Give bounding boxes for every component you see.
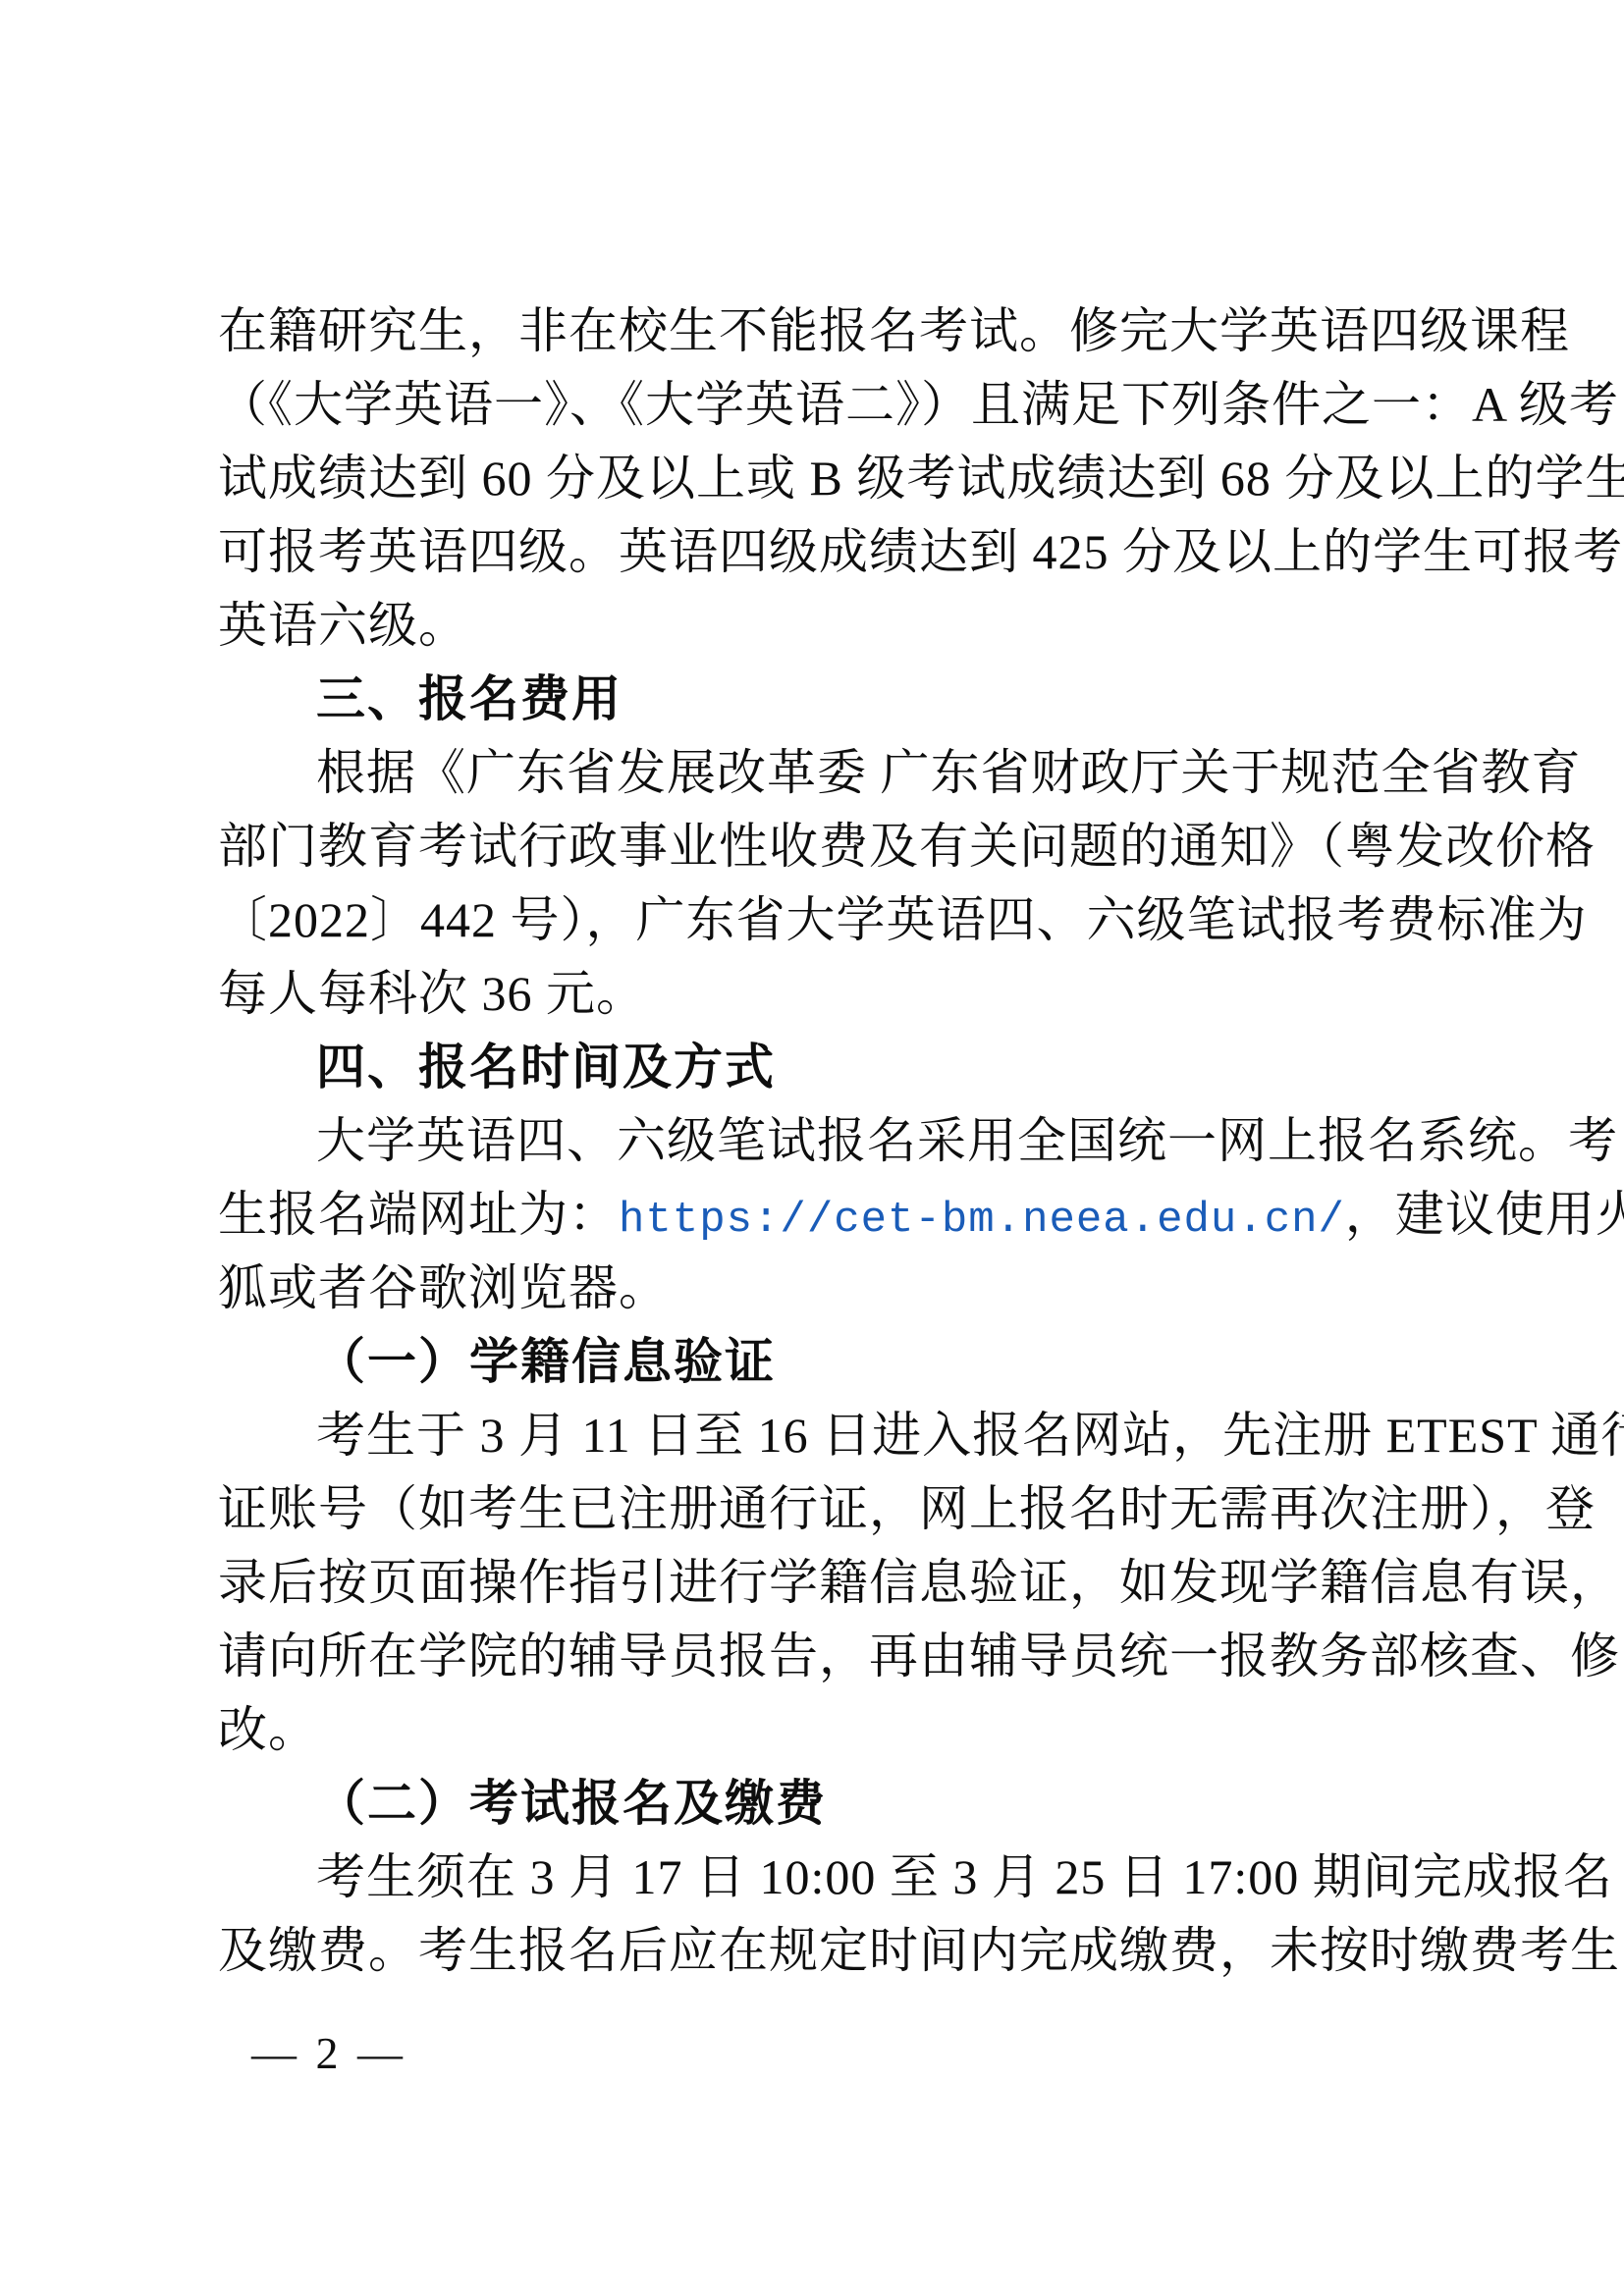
paragraph-line: 证账号（如考生已注册通行证，网上报名时无需再次注册），登 — [218, 1472, 1445, 1546]
paragraph-line: 英语六级。 — [218, 589, 1445, 663]
document-page: 在籍研究生，非在校生不能报名考试。修完大学英语四级课程（《大学英语一》、《大学英… — [0, 0, 1624, 2296]
paragraph-line: 根据《广东省发展改革委 广东省财政厅关于规范全省教育 — [218, 736, 1445, 810]
document-body: 在籍研究生，非在校生不能报名考试。修完大学英语四级课程（《大学英语一》、《大学英… — [218, 294, 1445, 1988]
paragraph-line: 考生于 3 月 11 日至 16 日进入报名网站，先注册 ETEST 通行 — [218, 1399, 1445, 1472]
page-number: — 2 — — [251, 2024, 406, 2083]
paragraph-line: 大学英语四、六级笔试报名采用全国统一网上报名系统。考 — [218, 1104, 1445, 1178]
subsection-heading: （二）考试报名及缴费 — [218, 1767, 1445, 1841]
paragraph-line: 及缴费。考生报名后应在规定时间内完成缴费，未按时缴费考生 — [218, 1914, 1445, 1988]
registration-url-link[interactable]: https://cet-bm.neea.edu.cn/ — [619, 1196, 1345, 1245]
paragraph-line: （《大学英语一》、《大学英语二》）且满足下列条件之一：A 级考 — [218, 368, 1445, 442]
paragraph-line: 每人每科次 36 元。 — [218, 957, 1445, 1031]
paragraph-text: 生报名端网址为： — [218, 1187, 619, 1242]
paragraph-line: 改。 — [218, 1693, 1445, 1767]
paragraph-line: 考生须在 3 月 17 日 10:00 至 3 月 25 日 17:00 期间完… — [218, 1841, 1445, 1914]
paragraph-line: 部门教育考试行政事业性收费及有关问题的通知》（粤发改价格 — [218, 810, 1445, 883]
paragraph-line: 狐或者谷歌浏览器。 — [218, 1252, 1445, 1325]
paragraph-line: 试成绩达到 60 分及以上或 B 级考试成绩达到 68 分及以上的学生 — [218, 442, 1445, 515]
paragraph-line: 在籍研究生，非在校生不能报名考试。修完大学英语四级课程 — [218, 294, 1445, 368]
paragraph-text: ，建议使用火 — [1345, 1187, 1624, 1242]
paragraph-line: 〔2022〕442 号），广东省大学英语四、六级笔试报考费标准为 — [218, 883, 1445, 957]
section-heading: 三、报名费用 — [218, 663, 1445, 736]
paragraph-line: 可报考英语四级。英语四级成绩达到 425 分及以上的学生可报考 — [218, 515, 1445, 589]
paragraph-line: 生报名端网址为：https://cet-bm.neea.edu.cn/，建议使用… — [218, 1178, 1445, 1252]
paragraph-line: 录后按页面操作指引进行学籍信息验证，如发现学籍信息有误， — [218, 1546, 1445, 1620]
subsection-heading: （一）学籍信息验证 — [218, 1325, 1445, 1399]
section-heading: 四、报名时间及方式 — [218, 1031, 1445, 1104]
paragraph-line: 请向所在学院的辅导员报告，再由辅导员统一报教务部核查、修 — [218, 1620, 1445, 1693]
